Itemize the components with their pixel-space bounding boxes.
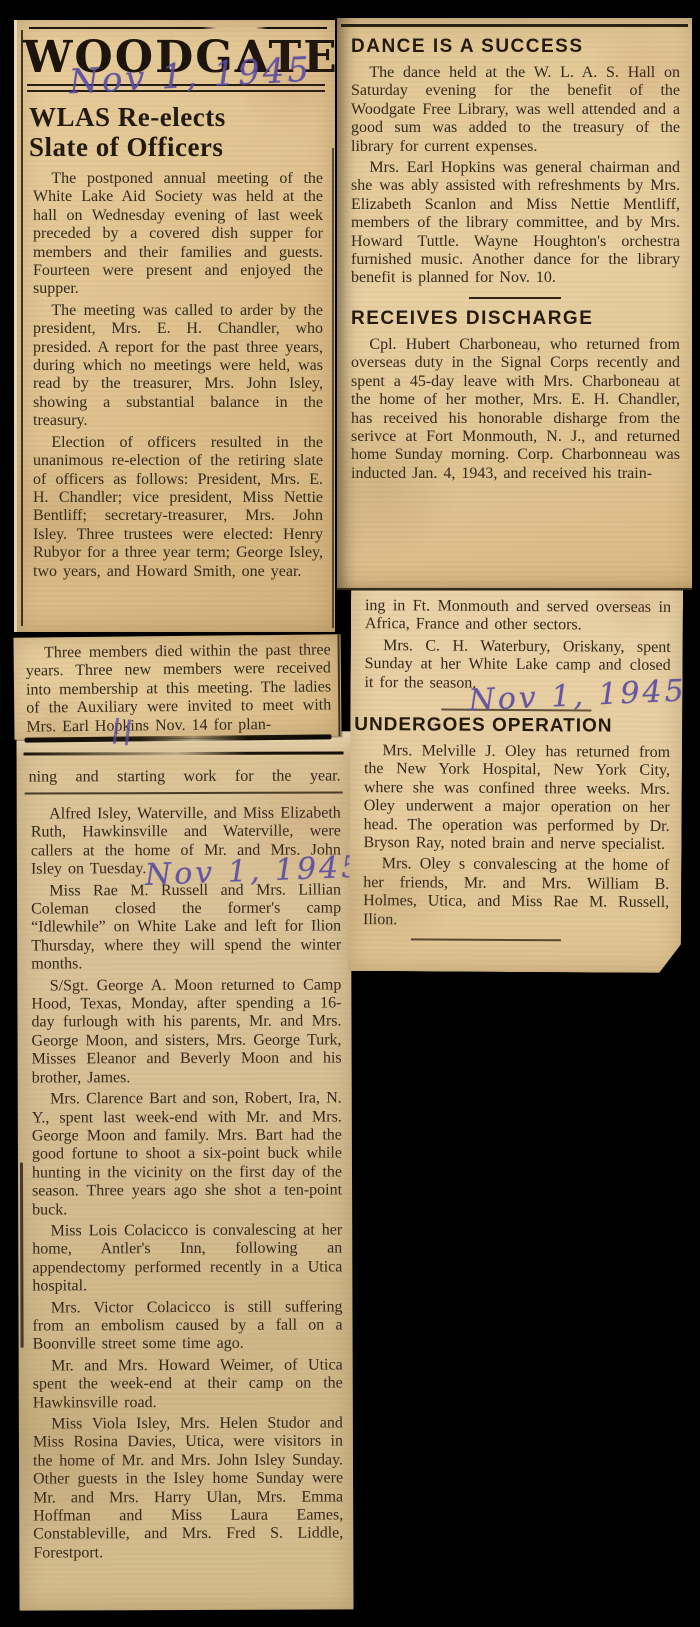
article-paragraph: S/Sgt. George A. Moon returned to Camp H… bbox=[31, 976, 341, 1088]
clipping-undergoes-operation: ing in Ft. Monmouth and served overseas … bbox=[349, 561, 683, 973]
clipping-three-members: Three members died within the past three… bbox=[13, 634, 341, 739]
scrapbook-scan: WOODGATE WLAS Re-elects Slate of Officer… bbox=[0, 0, 700, 1627]
article-body: Three members died within the past three… bbox=[26, 641, 332, 736]
article-paragraph: ing in Ft. Monmouth and served overseas … bbox=[365, 597, 671, 636]
section-divider bbox=[469, 297, 561, 299]
clipping-dance-discharge: DANCE IS A SUCCESS The dance held at the… bbox=[337, 18, 692, 590]
article-paragraph: The dance held at the W. L. A. S. Hall o… bbox=[351, 64, 680, 156]
article-paragraph: Cpl. Hubert Charboneau, who returned fro… bbox=[351, 336, 680, 483]
headline-line1: WLAS Re-elects bbox=[29, 102, 226, 132]
article-paragraph: Mrs. Clarence Bart and son, Robert, Ira,… bbox=[32, 1090, 342, 1220]
headline-line2: Slate of Officers bbox=[29, 132, 223, 162]
article-body: Mrs. Melville J. Oley has returned from … bbox=[363, 742, 670, 931]
column-rule-left bbox=[21, 30, 23, 626]
article-paragraph: Three members died within the past three… bbox=[26, 641, 332, 736]
column-rule-right bbox=[337, 634, 340, 736]
article-paragraph: Mrs. Melville J. Oley has returned from … bbox=[363, 742, 670, 854]
article-body: The postponed annual meeting of the Whit… bbox=[33, 170, 323, 581]
article-paragraph: Mrs. Earl Hopkins was general chairman a… bbox=[351, 159, 680, 288]
clipping-locals-column: ning and starting work for the year. Alf… bbox=[16, 731, 353, 1610]
article-paragraph: Miss Rae M. Russell and Mrs. Lillian Col… bbox=[31, 881, 341, 974]
clipping-woodgate-wlas: WOODGATE WLAS Re-elects Slate of Officer… bbox=[14, 20, 335, 632]
article-paragraph: Miss Lois Colacicco is convalescing at h… bbox=[32, 1221, 342, 1296]
article-paragraph: The postponed annual meeting of the Whit… bbox=[33, 170, 323, 299]
article-paragraph: Mrs. Victor Colacicco is still suffering… bbox=[32, 1298, 342, 1354]
article-paragraph: Mrs. Oley s convalescing at the home of … bbox=[363, 856, 669, 931]
article-paragraph: The meeting was called to arder by the p… bbox=[33, 302, 323, 431]
article-body: Alfred Isley, Waterville, and Miss Eliza… bbox=[31, 804, 344, 1562]
column-rule-right bbox=[332, 148, 334, 628]
printed-top-rule bbox=[341, 24, 688, 27]
article-paragraph: Miss Viola Isley, Mrs. Helen Studor and … bbox=[33, 1414, 344, 1562]
article-body: The dance held at the W. L. A. S. Hall o… bbox=[351, 64, 680, 288]
section-divider bbox=[25, 791, 343, 794]
article-paragraph: Mr. and Mrs. Howard Weimer, of Utica spe… bbox=[33, 1356, 343, 1412]
printed-top-rule bbox=[29, 27, 327, 29]
article-headline: UNDERGOES OPERATION bbox=[354, 714, 682, 738]
continuation-line: ning and starting work for the year. bbox=[29, 767, 341, 786]
article-headline: WLAS Re-elects Slate of Officers bbox=[29, 102, 329, 162]
article-paragraph: Election of officers resulted in the una… bbox=[33, 434, 323, 581]
column-rule-left bbox=[20, 1163, 24, 1348]
article-body: Cpl. Hubert Charboneau, who returned fro… bbox=[351, 336, 680, 483]
article-headline: DANCE IS A SUCCESS bbox=[351, 36, 692, 58]
section-divider bbox=[411, 938, 561, 941]
article-headline: RECEIVES DISCHARGE bbox=[351, 308, 692, 330]
